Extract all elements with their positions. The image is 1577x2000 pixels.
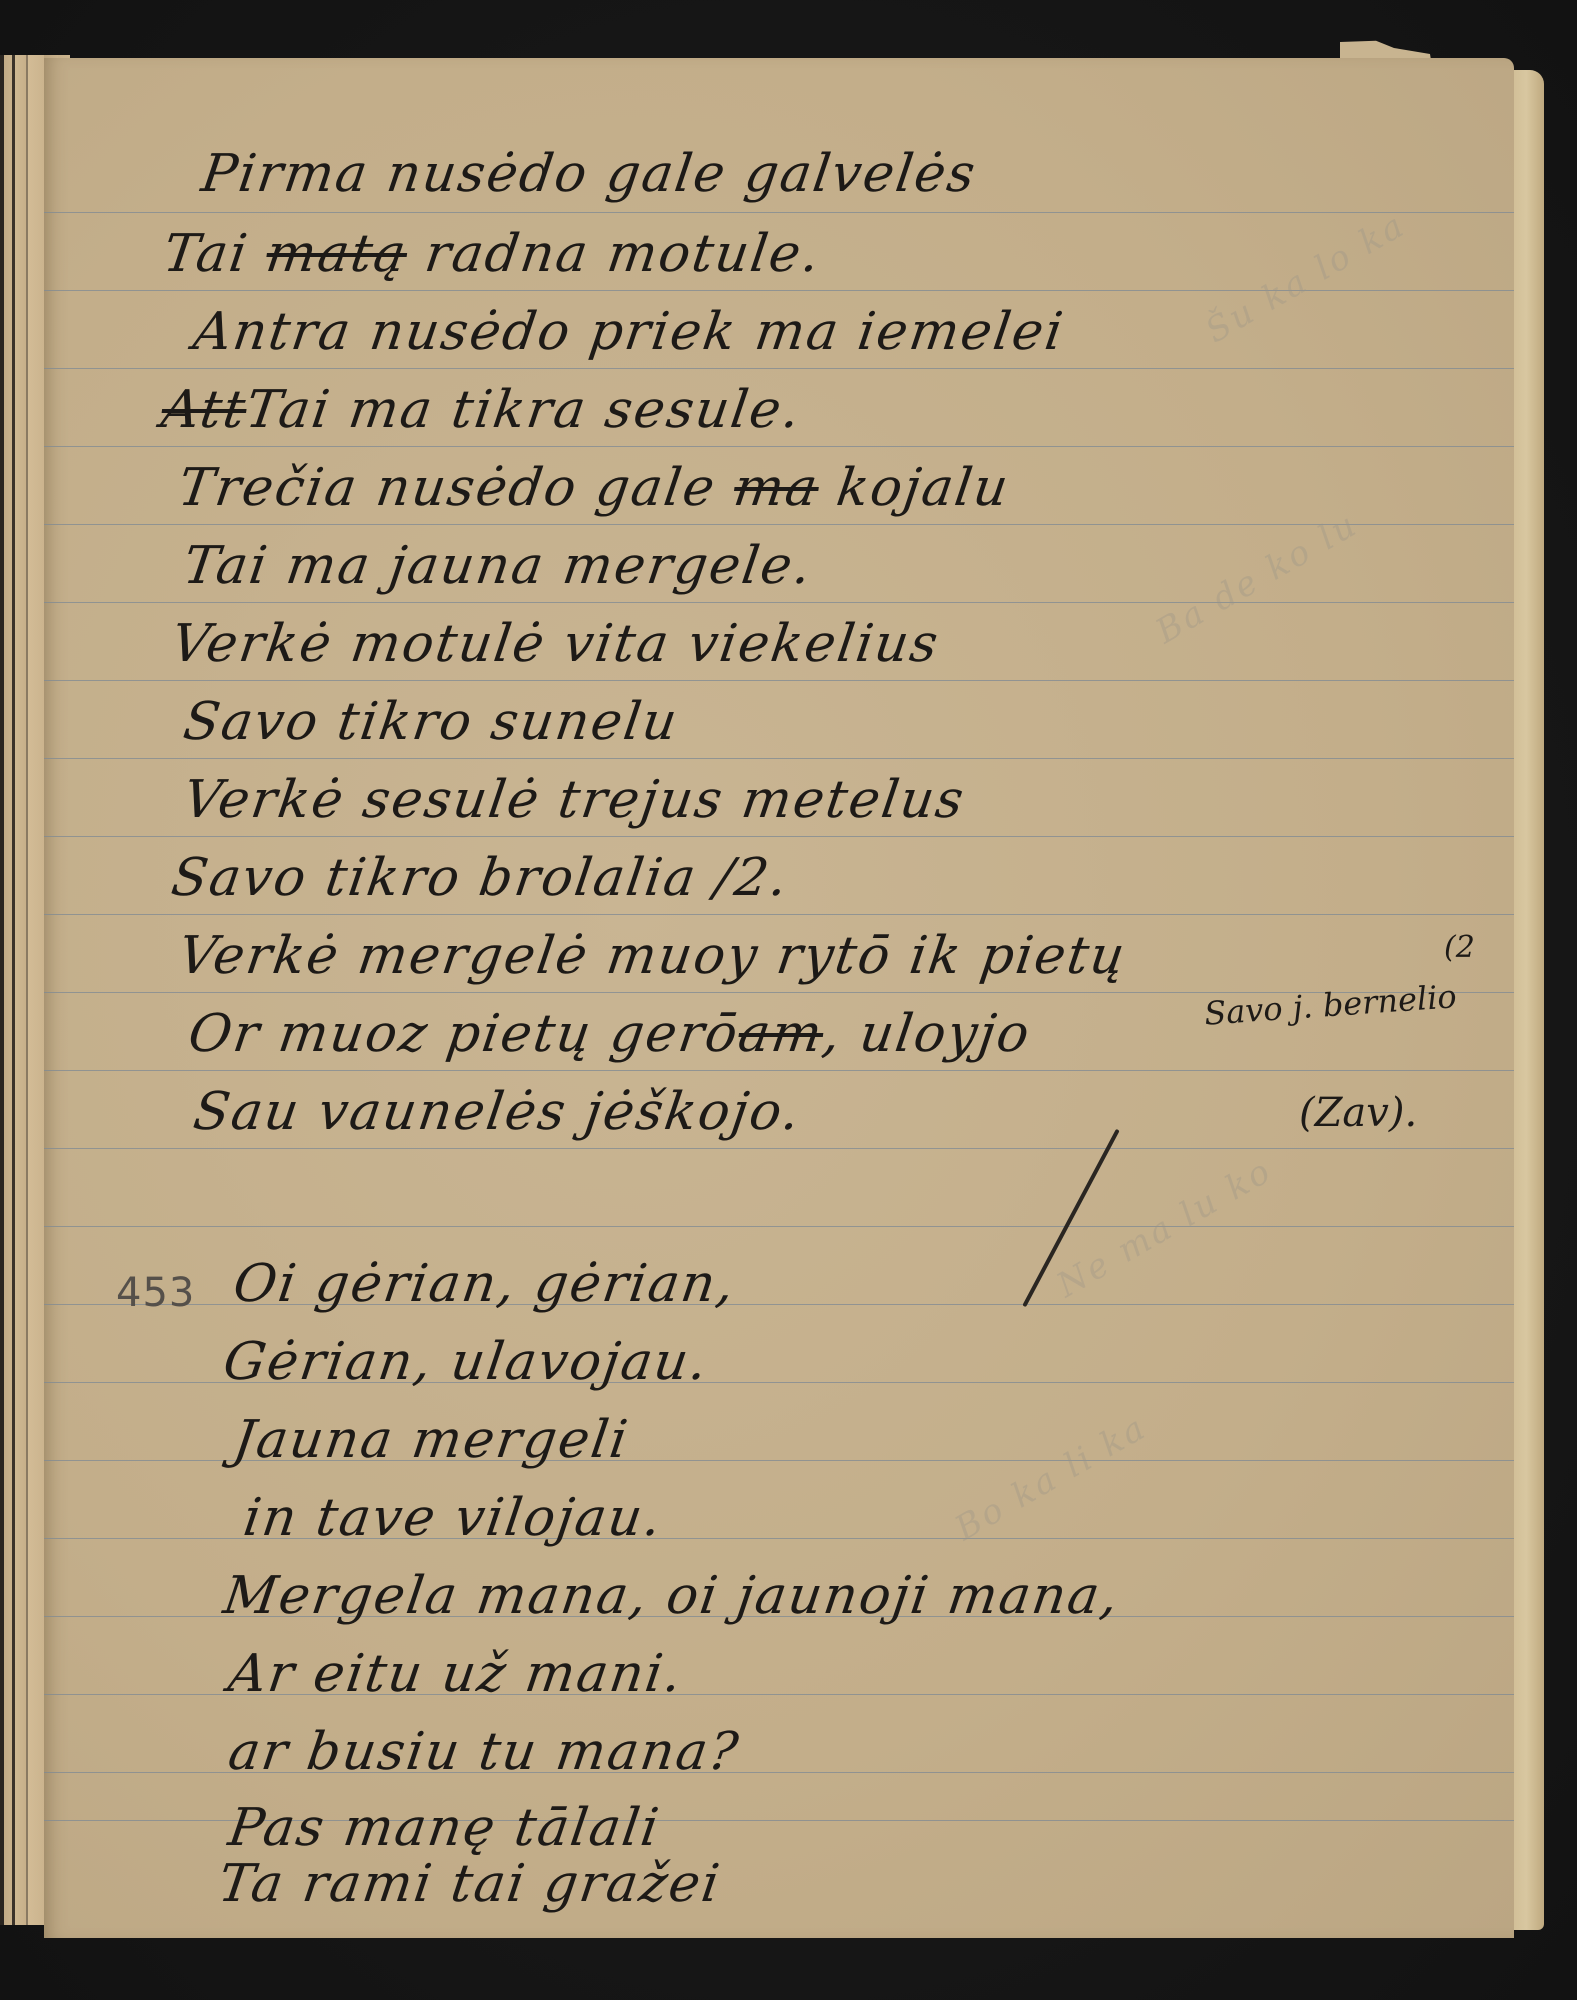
ruled-line [44,1148,1514,1149]
song1-line-8: Savo tikro sunelu [180,692,683,752]
ruled-line [44,602,1514,603]
line-text: kojalu [814,458,1013,518]
struck-word: Att [158,380,251,440]
song2-line-3: Jauna mergeli [230,1410,633,1470]
song1-line-13: Sau vaunelės jėškojo. [190,1082,805,1142]
ruled-line [44,1070,1514,1071]
song2-line-4: in tave vilojau. [240,1488,667,1548]
song1-line-6: Tai ma jauna mergele. [180,536,817,596]
ruled-line [44,680,1514,681]
ruled-line [44,836,1514,837]
song2-line-5: Mergela mana, oi jaunoji mana, [220,1566,1124,1626]
ruled-line [44,524,1514,525]
line-text: , uloyjo [819,1004,1035,1064]
bleed-through-text: Ba de ko lu [1149,504,1365,652]
ruled-line [44,914,1514,915]
song2-line-7: ar busiu tu mana? [225,1722,744,1782]
line-text: Trečia nusėdo gale [175,458,739,518]
song2-line-9: Ta rami tai gražei [215,1854,725,1914]
song1-line-11: Verkė mergelė muoy rytō ik pietų [175,926,1130,986]
song2-line-1: Oi gėrian, gėrian, [230,1254,740,1314]
song1-line-3: Antra nusėdo priek ma iemelei [190,302,1068,362]
ruled-line [44,368,1514,369]
bleed-through-text: Ne ma lu ko [1050,1150,1279,1305]
insertion-annotation: Savo j. bernelio [1203,977,1458,1033]
song1-line-7: Verkė motulė vita viekelius [168,614,944,674]
notebook-page: Šu ka lo ka Ba de ko lu Ne ma lu ko Bo k… [44,58,1514,1938]
line-text: Tai ma tikra sesule. [242,380,805,440]
song1-line-9: Verkė sesulė trejus metelus [180,770,969,830]
song1-line-4: AttTai ma tikra sesule. [158,380,806,440]
line-text: radna motule. [403,224,825,284]
song2-line-2: Gėrian, ulavojau. [220,1332,713,1392]
song1-line-2: Tai matą radna motule. [160,224,825,284]
ruled-line [44,1226,1514,1227]
song-number: 453 [116,1270,195,1316]
line-text: Or muoz pietų gerō [185,1004,743,1064]
bleed-through-text: Bo ka li ka [948,1407,1154,1549]
struck-word: ma [730,458,823,518]
song2-line-8: Pas manę tālali [225,1798,664,1858]
song1-line-10: Savo tikro brolalia /2. [168,848,793,908]
ruled-line [44,446,1514,447]
song1-line-12: Or muoz pietų gerōam, uloyjo [185,1004,1035,1064]
source-note: (Zav). [1299,1090,1417,1136]
song1-line-5: Trečia nusėdo gale ma kojalu [175,458,1014,518]
struck-word: am [735,1004,828,1064]
bleed-through-text: Šu ka lo ka [1199,205,1413,351]
ruled-line [44,212,1514,213]
ruled-line [44,758,1514,759]
song1-line-1: Pirma nusėdo gale galvelės [198,144,981,204]
line-text: Tai [160,224,271,284]
struck-word: matą [263,224,412,284]
song2-line-6: Ar eitu už mani. [225,1644,687,1704]
insertion-mark: (2 [1444,930,1475,965]
